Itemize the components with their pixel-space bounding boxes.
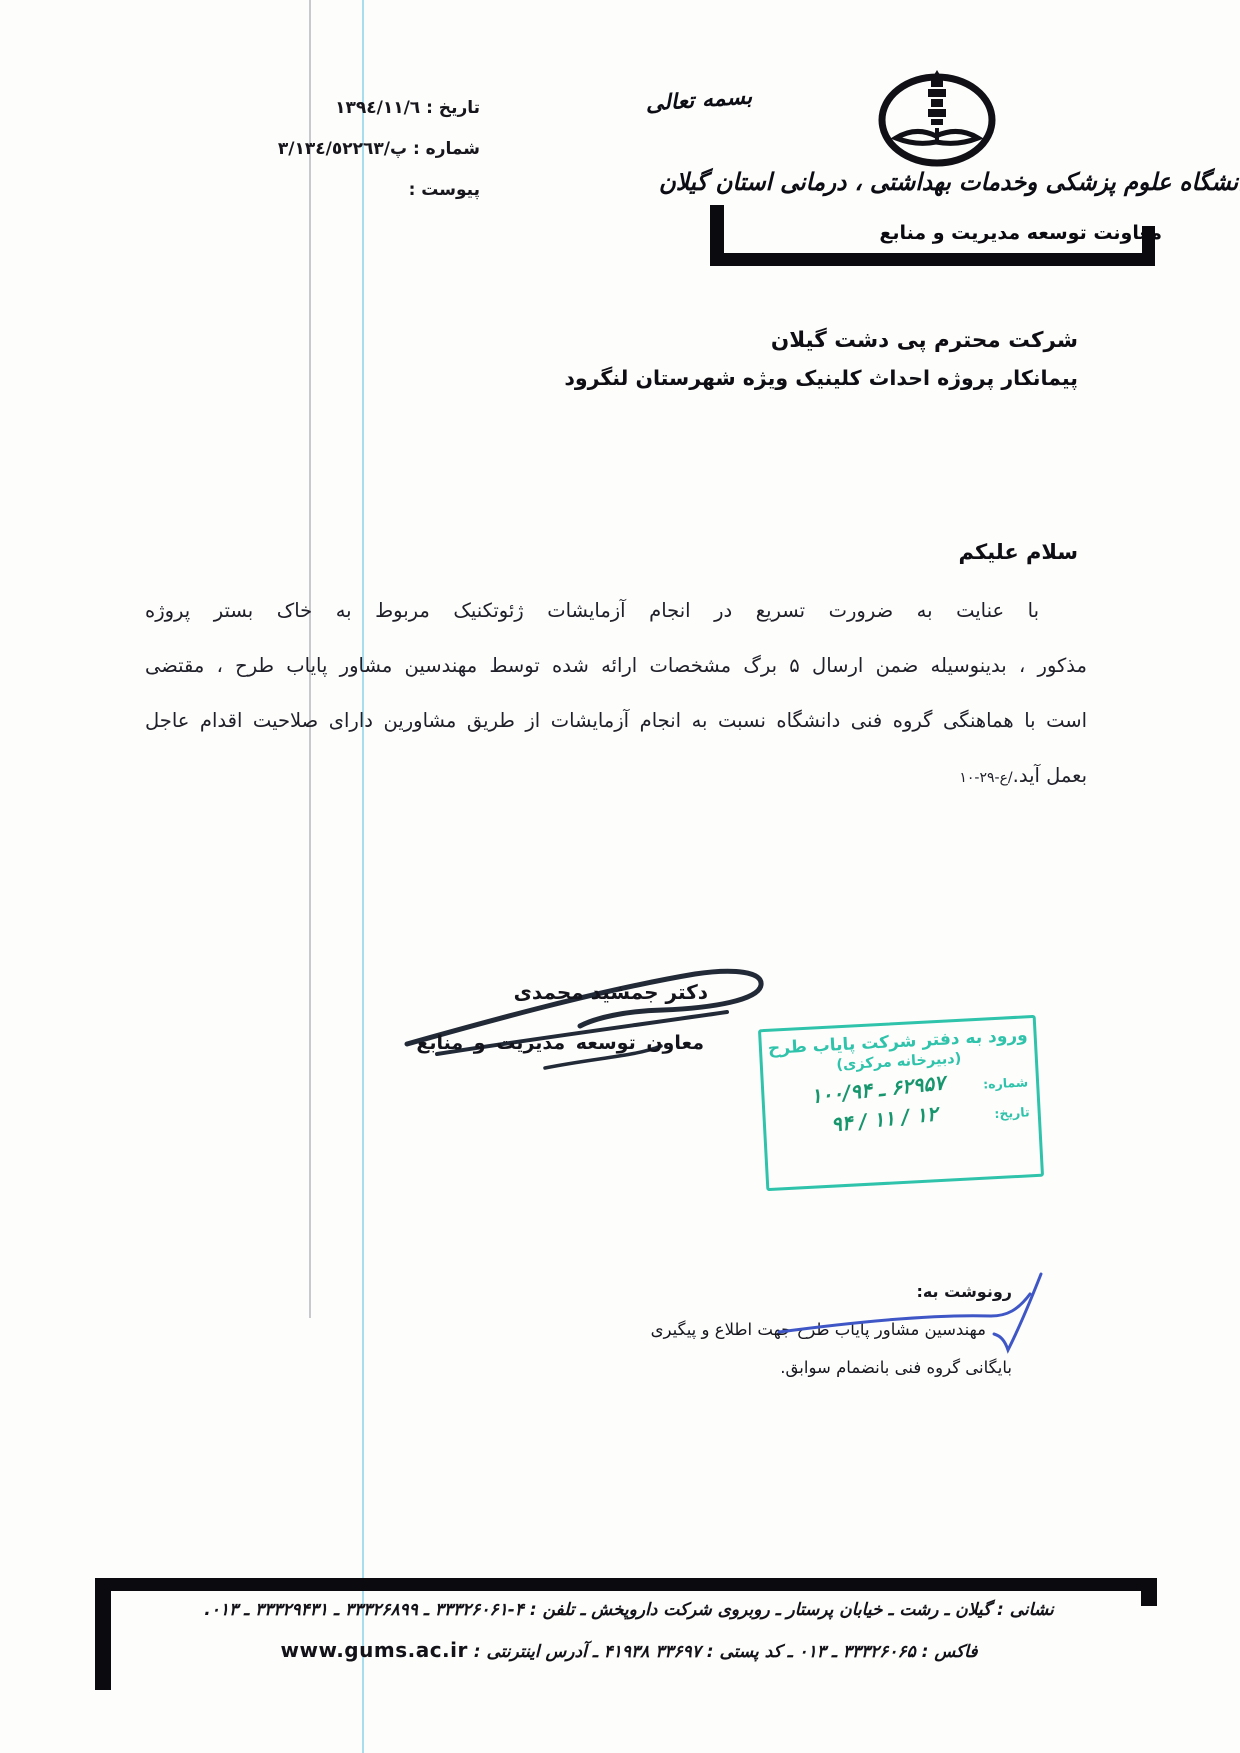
website-url: www.gums.ac.ir (281, 1638, 468, 1662)
number-label: شماره : (413, 139, 480, 159)
recipient-name: شرکت محترم پی دشت گیلان (564, 328, 1078, 353)
university-logo-icon (876, 66, 998, 172)
attachment-label: پیوست : (409, 180, 480, 200)
letter-meta: تاریخ : ١٣٩٤/١١/٦ شماره : پ/٣/١٣٤/٥٢٢٦٣ … (278, 98, 480, 221)
organization-name: دانشگاه علوم پزشکی وخدمات بهداشتی ، درما… (659, 168, 1240, 196)
reference-code: /ع-۲۹-۱۰ (959, 770, 1012, 786)
scanned-letter-page: بسمه تعالی دانشگاه علوم پزشکی وخدمات بهد… (0, 0, 1240, 1753)
recipient-block: شرکت محترم پی دشت گیلان پیمانکار پروژه ا… (564, 328, 1078, 390)
letter-number: شماره : پ/٣/١٣٤/٥٢٢٦٣ (278, 139, 480, 180)
body-line-4: بعمل آید./ع-۲۹-۱۰ (145, 748, 1087, 803)
body-line-2: مذکور ، بدینوسیله ضمن ارسال ۵ برگ مشخصات… (145, 638, 1087, 693)
footer-rule (95, 1578, 1157, 1591)
letter-body: با عنایت به ضرورت تسریع در انجام آزمایشا… (145, 583, 1087, 803)
stamp-date-label: تاریخ: (994, 1104, 1030, 1121)
footer-contact-line: فاکس : ۳۳۳۲۶۰۶۵ ـ ۰۱۳ ـ کد پستی : ۳۳۶۹۷ … (100, 1638, 1158, 1662)
body-closing: بعمل آید. (1013, 764, 1087, 787)
header-rule (710, 253, 1155, 266)
footer-fax-postal: فاکس : ۳۳۳۲۶۰۶۵ ـ ۰۱۳ ـ کد پستی : ۳۳۶۹۷ … (474, 1642, 978, 1662)
department-name: معاونت توسعه مدیریت و منابع (879, 222, 1162, 244)
body-line-3: است با هماهنگی گروه فنی دانشگاه نسبت به … (145, 693, 1087, 748)
header-rule-right-stub (1142, 226, 1155, 266)
receipt-stamp: ورود به دفتر شرکت پایاب طرح (دبیرخانه مر… (758, 1015, 1044, 1191)
date-value: ١٣٩٤/١١/٦ (335, 98, 420, 118)
recipient-role: پیمانکار پروژه احداث کلینیک ویژه شهرستان… (564, 366, 1078, 390)
number-value: پ/٣/١٣٤/٥٢٢٦٣ (278, 139, 407, 159)
letter-attachment: پیوست : (278, 180, 480, 221)
body-line-1: با عنایت به ضرورت تسریع در انجام آزمایشا… (145, 583, 1087, 638)
stamp-number-label: شماره: (983, 1074, 1029, 1091)
footer-rule-left-stub (95, 1578, 111, 1690)
signatory-name: دکتر جمشید محمدی (514, 980, 708, 1004)
signature-scribble (395, 948, 775, 1080)
footer-address-line: نشانی : گیلان ـ رشت ـ خیابان پرستار ـ رو… (100, 1600, 1158, 1620)
signatory-title: معاون توسعه مدیریت و منابع (416, 1032, 704, 1054)
date-label: تاریخ : (426, 98, 480, 118)
basmala-calligraphy: بسمه تعالی (645, 84, 753, 115)
header-rule-left-stub (710, 205, 724, 266)
letter-date: تاریخ : ١٣٩٤/١١/٦ (278, 98, 480, 139)
pen-checkmark (735, 1268, 1055, 1392)
salutation: سلام علیکم (959, 540, 1078, 564)
scan-artifact-line-cyan (362, 0, 364, 1753)
